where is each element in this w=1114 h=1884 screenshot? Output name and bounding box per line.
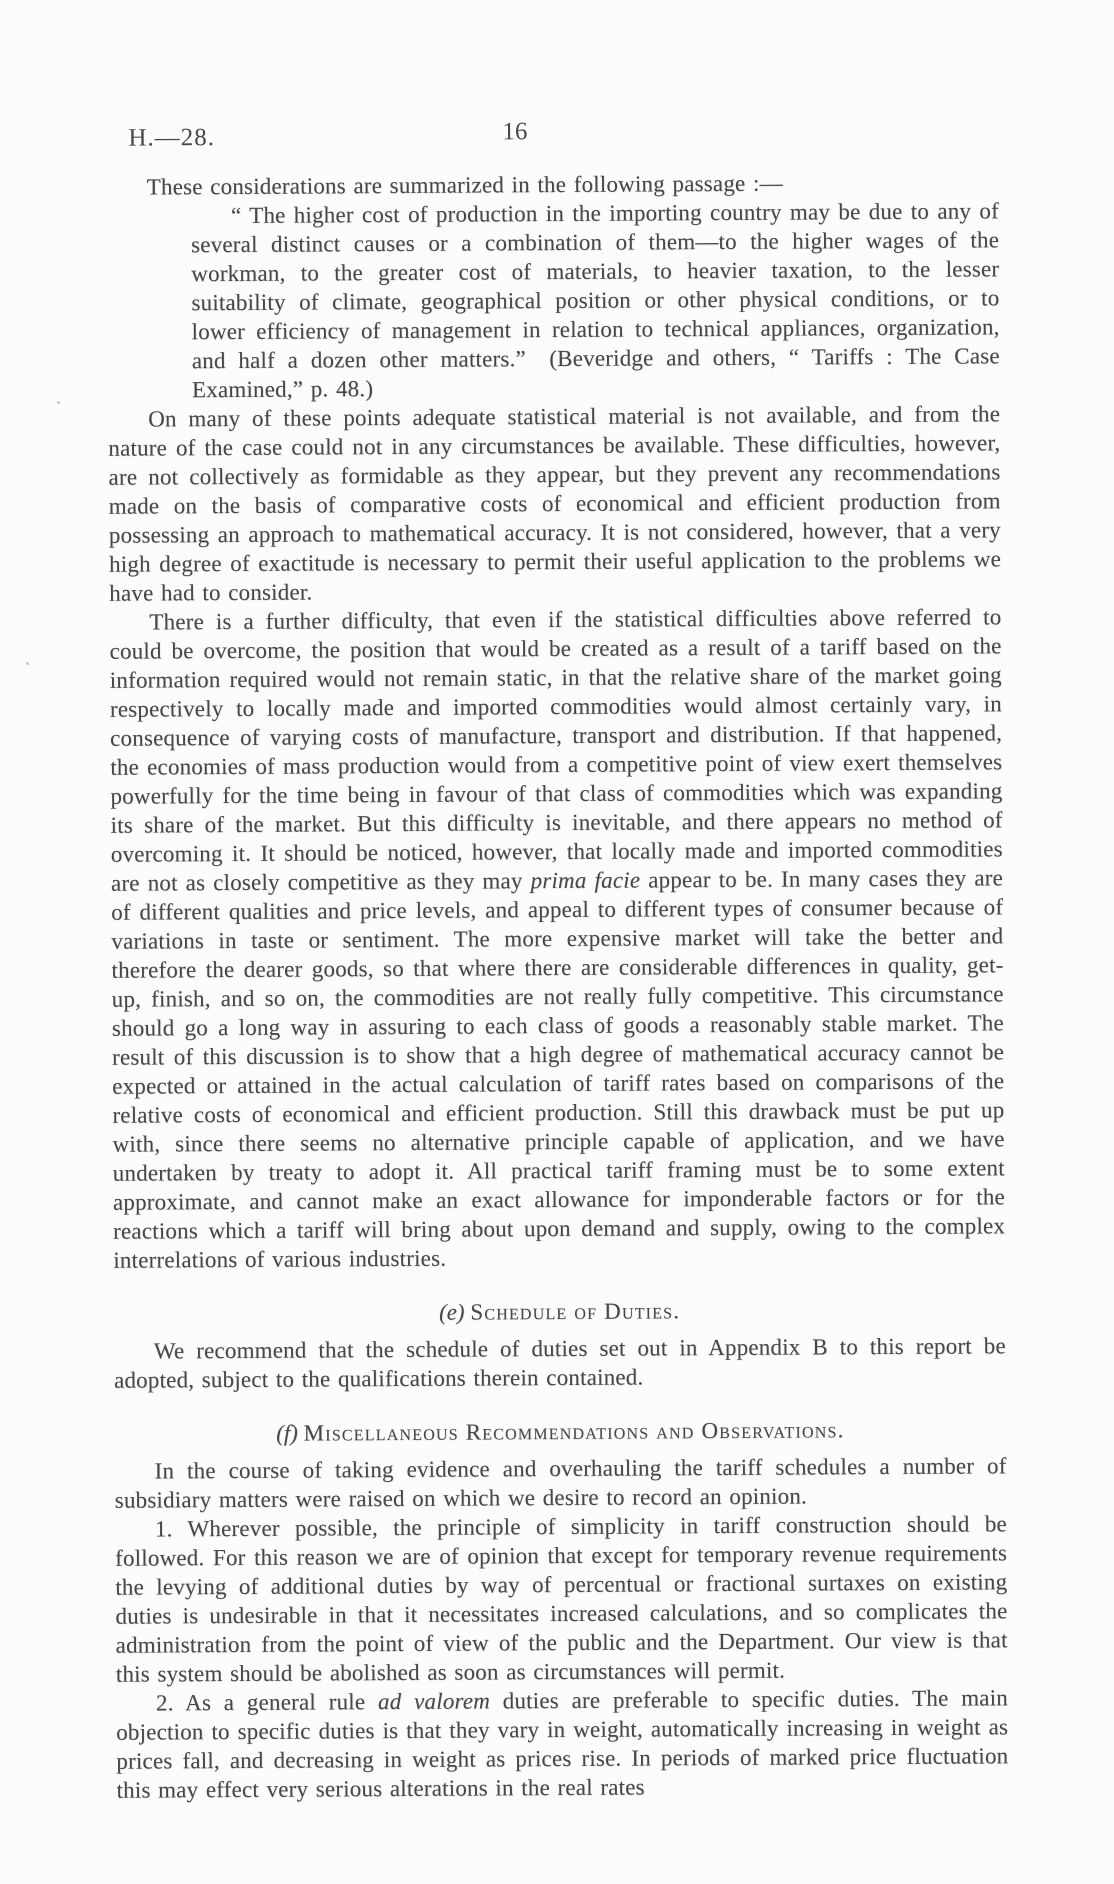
page-header: H.—28. 16 [106, 115, 998, 162]
scan-speck [712, 1728, 714, 1730]
section-title: Miscellaneous Recommendations and Observ… [304, 1417, 845, 1445]
page-content: H.—28. 16 These considerations are summa… [0, 0, 1114, 1805]
text-run: 2. As a general rule [156, 1689, 378, 1715]
section-letter: (f) [276, 1421, 304, 1446]
italic-text: prima facie [530, 867, 640, 893]
sections: (e) Schedule of Duties.We recommend that… [114, 1296, 1009, 1804]
paragraph: There is a further difficulty, that even… [109, 602, 1005, 1274]
scanned-page: H.—28. 16 These considerations are summa… [0, 0, 1114, 1884]
scan-tilt-wrapper: H.—28. 16 These considerations are summa… [0, 0, 1114, 1805]
scan-speck [57, 401, 60, 404]
paragraph: We recommend that the schedule of duties… [114, 1331, 1006, 1394]
section-heading: (f) Miscellaneous Recommendations and Ob… [114, 1416, 1006, 1447]
text-run: In the course of taking evidence and ove… [115, 1453, 1007, 1512]
text-run: There is a further difficulty, that even… [109, 604, 1002, 895]
paragraph: 2. As a general rule ad valorem duties a… [116, 1683, 1009, 1804]
text-run: We recommend that the schedule of duties… [114, 1333, 1006, 1392]
text-run: appear to be. In many cases they are of … [111, 865, 1005, 1272]
body-paragraphs: On many of these points adequate statist… [108, 399, 1005, 1274]
italic-text: ad valorem [378, 1688, 490, 1714]
paragraph: In the course of taking evidence and ove… [114, 1451, 1006, 1514]
section-heading: (e) Schedule of Duties. [114, 1296, 1006, 1327]
text-run: “ The higher cost of production in the i… [191, 198, 1000, 402]
scan-speck [26, 662, 29, 665]
block-quote: “ The higher cost of production in the i… [191, 196, 1000, 404]
text-run: 1. Wherever possible, the principle of s… [115, 1511, 1008, 1686]
text-run: On many of these points adequate statist… [108, 401, 1001, 605]
page-number: 16 [502, 118, 527, 146]
section-title: Schedule of Duties. [470, 1298, 680, 1324]
document-reference: H.—28. [128, 124, 215, 153]
section-letter: (e) [439, 1300, 470, 1325]
paragraph: On many of these points adequate statist… [108, 399, 1001, 607]
paragraph: 1. Wherever possible, the principle of s… [115, 1509, 1008, 1688]
